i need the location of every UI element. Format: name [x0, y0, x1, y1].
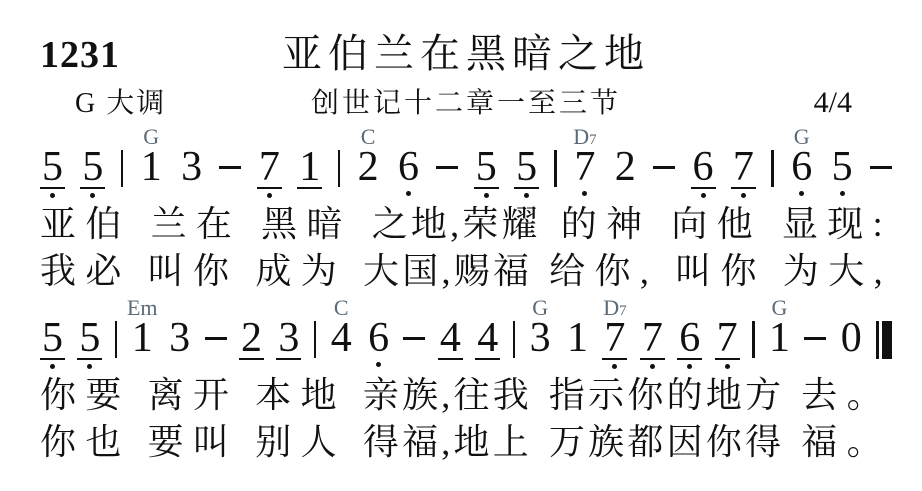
note-digit: 6: [366, 321, 391, 358]
note-7: 7: [715, 321, 740, 369]
note-digit: 1: [767, 321, 792, 358]
low-octave-dot: [582, 191, 587, 196]
lyric-group: 黑暗: [261, 205, 352, 245]
chord-label: G: [143, 124, 159, 150]
chord-label: G: [794, 124, 810, 150]
note-digit: 6: [396, 150, 421, 187]
low-octave-dot: [267, 193, 272, 198]
note-3: 3: [179, 150, 204, 187]
note-digit: 0: [839, 321, 864, 358]
final-barline-thick: [882, 321, 892, 359]
note-2: 2: [613, 150, 638, 187]
lyric-group: 叫你: [148, 252, 239, 292]
note-1: 1Em: [130, 321, 155, 358]
lyrics-line-4: 你也要叫别人得福,地上万族都因你得福。: [40, 423, 892, 463]
chord-extension: 7: [619, 303, 627, 319]
duration-dash: [804, 337, 826, 340]
chord-extension: 7: [589, 132, 597, 148]
barline: [771, 150, 774, 187]
note-digit: 7: [715, 321, 740, 360]
note-digit: 2: [356, 150, 381, 187]
lyric-group: 之地,荣耀: [372, 205, 541, 245]
barline-token: [314, 321, 317, 358]
chord-label: C: [361, 124, 376, 150]
note-7: 7D7: [602, 321, 627, 369]
note-digit: 6: [691, 150, 716, 189]
lyric-group: 给你,: [549, 252, 658, 292]
lyric-group: 亚伯: [40, 205, 131, 245]
duration-dash-token: [436, 150, 458, 169]
note-6: 6: [396, 150, 421, 196]
duration-dash-token: [219, 150, 241, 169]
duration-dash: [653, 166, 675, 169]
low-octave-dot: [701, 193, 706, 198]
lyric-group: 离开: [148, 376, 239, 416]
barline: [121, 150, 124, 187]
duration-dash: [219, 166, 241, 169]
note-digit: 1: [565, 321, 590, 358]
low-octave-dot: [524, 193, 529, 198]
note-digit: 3: [167, 321, 192, 358]
note-digit: 3: [179, 150, 204, 187]
barline-token: [752, 321, 755, 358]
barline: [513, 321, 516, 358]
chord-label: G: [772, 295, 788, 321]
note-6: 6: [366, 321, 391, 367]
note-digit: 2: [239, 321, 264, 360]
note-digit: 5: [514, 150, 539, 189]
low-octave-dot: [741, 193, 746, 198]
barline: [314, 321, 317, 358]
note-digit: 7: [731, 150, 756, 189]
final-barline-thin: [876, 321, 879, 359]
notation-tokens-2: 551Em3234C6443G17D77671G0: [40, 294, 892, 369]
final-barline: [876, 321, 892, 359]
note-7: 7: [640, 321, 665, 369]
low-octave-dot: [376, 362, 381, 367]
note-3: 3: [167, 321, 192, 358]
lyrics-line-1: 亚伯兰在黑暗之地,荣耀的神向他显现:: [40, 205, 892, 245]
lyric-group: 得福,地上: [363, 423, 532, 463]
note-digit: 5: [474, 150, 499, 189]
hymn-title: 亚伯兰在黑暗之地: [282, 22, 650, 79]
note-digit: 2: [613, 150, 638, 187]
barline-token: [513, 321, 516, 358]
low-octave-dot: [687, 364, 692, 369]
notation-tokens-1: 551G3712C6557D72676G5: [40, 123, 892, 198]
lyric-group: 你也: [40, 423, 131, 463]
chord-label: C: [334, 295, 349, 321]
duration-dash-token: [804, 321, 826, 340]
notation-line-1: 551G3712C6557D72676G5: [40, 123, 892, 198]
lyric-group: 亲族,往我: [363, 376, 532, 416]
note-digit: 6: [677, 321, 702, 360]
lyric-group: 显现:: [782, 205, 892, 245]
scripture-reference: 创世记十二章一至三节: [311, 81, 621, 121]
note-0: 0: [839, 321, 864, 358]
note-4: 4: [438, 321, 463, 360]
header-row-1: 1231 亚伯兰在黑暗之地: [40, 22, 892, 79]
lyric-group: 本地: [255, 376, 346, 416]
lyric-group: 成为: [255, 252, 346, 292]
lyric-group: 兰在: [151, 205, 242, 245]
low-octave-dot: [90, 193, 95, 198]
note-digit: 7: [640, 321, 665, 360]
duration-dash: [870, 166, 892, 169]
lyric-group: 我必: [40, 252, 131, 292]
hymn-sheet-page: 1231 亚伯兰在黑暗之地 G 大调 创世记十二章一至三节 4/4 551G37…: [0, 0, 922, 491]
duration-dash: [403, 337, 425, 340]
chord-label: G: [532, 295, 548, 321]
note-digit: 3: [528, 321, 553, 358]
note-6: 6: [677, 321, 702, 369]
note-5: 5: [80, 150, 105, 198]
note-digit: 5: [77, 321, 102, 360]
note-5: 5: [40, 150, 65, 198]
note-digit: 3: [276, 321, 301, 360]
lyric-group: 的神: [561, 205, 652, 245]
barline: [752, 321, 755, 358]
chord-label: D7: [603, 295, 626, 321]
note-7: 7D7: [572, 150, 597, 196]
low-octave-dot: [87, 364, 92, 369]
duration-dash: [205, 337, 227, 340]
low-octave-dot: [725, 364, 730, 369]
hymn-number: 1231: [40, 33, 120, 77]
note-5: 5: [830, 150, 855, 196]
barline-token: [121, 150, 124, 187]
barline-token: [554, 150, 557, 187]
barline: [554, 150, 557, 187]
lyric-group: 指示你的地方: [549, 376, 784, 416]
lyric-group: 万族都因你得: [549, 423, 784, 463]
note-5: 5: [40, 321, 65, 369]
low-octave-dot: [840, 191, 845, 196]
note-digit: 7: [257, 150, 282, 189]
notation-line-2: 551Em3234C6443G17D77671G0: [40, 294, 892, 369]
chord-label: Em: [127, 295, 158, 321]
header-row-2: G 大调 创世记十二章一至三节 4/4: [40, 81, 892, 121]
note-digit: 4: [438, 321, 463, 360]
low-octave-dot: [406, 191, 411, 196]
lyric-group: 向他: [671, 205, 762, 245]
note-3: 3: [276, 321, 301, 360]
note-2: 2C: [356, 150, 381, 187]
duration-dash: [436, 166, 458, 169]
low-octave-dot: [484, 193, 489, 198]
note-2: 2: [239, 321, 264, 360]
note-3: 3G: [528, 321, 553, 358]
barline-token: [771, 150, 774, 187]
note-1: 1: [297, 150, 322, 189]
duration-dash-token: [403, 321, 425, 340]
low-octave-dot: [799, 191, 804, 196]
note-digit: 1: [139, 150, 164, 187]
chord-label: D7: [573, 124, 596, 150]
note-digit: 1: [297, 150, 322, 189]
time-signature: 4/4: [814, 86, 852, 120]
note-7: 7: [257, 150, 282, 198]
note-1: 1G: [139, 150, 164, 187]
low-octave-dot: [50, 193, 55, 198]
duration-dash-token: [205, 321, 227, 340]
note-digit: 4: [475, 321, 500, 360]
note-4: 4: [475, 321, 500, 360]
barline: [115, 321, 118, 358]
lyric-group: 大国,赐福: [363, 252, 532, 292]
barline-token: [338, 150, 341, 187]
lyric-group: 你要: [40, 376, 131, 416]
note-digit: 5: [830, 150, 855, 187]
note-7: 7: [731, 150, 756, 198]
barline-token: [115, 321, 118, 358]
lyrics-line-2: 我必叫你成为大国,赐福给你,叫你为大,: [40, 252, 892, 292]
note-digit: 5: [40, 321, 65, 360]
duration-dash-token: [870, 150, 892, 169]
final-barline-token: [876, 321, 892, 359]
note-6: 6G: [789, 150, 814, 196]
note-5: 5: [474, 150, 499, 198]
note-digit: 1: [130, 321, 155, 358]
note-6: 6: [691, 150, 716, 198]
note-digit: 5: [40, 150, 65, 189]
note-digit: 6: [789, 150, 814, 187]
lyric-group: 叫你: [675, 252, 766, 292]
lyric-group: 要叫: [148, 423, 239, 463]
note-1: 1G: [767, 321, 792, 358]
note-5: 5: [77, 321, 102, 369]
note-digit: 5: [80, 150, 105, 189]
note-digit: 7: [602, 321, 627, 360]
barline: [338, 150, 341, 187]
lyric-group: 为大,: [783, 252, 892, 292]
lyric-group: 福。: [801, 423, 892, 463]
note-5: 5: [514, 150, 539, 198]
low-octave-dot: [612, 364, 617, 369]
low-octave-dot: [50, 364, 55, 369]
note-1: 1: [565, 321, 590, 358]
lyric-group: 去。: [801, 376, 892, 416]
lyric-group: 别人: [255, 423, 346, 463]
note-digit: 7: [572, 150, 597, 187]
lyrics-line-3: 你要离开本地亲族,往我指示你的地方去。: [40, 376, 892, 416]
duration-dash-token: [653, 150, 675, 169]
note-4: 4C: [329, 321, 354, 358]
low-octave-dot: [650, 364, 655, 369]
note-digit: 4: [329, 321, 354, 358]
key-signature: G 大调: [75, 81, 166, 121]
